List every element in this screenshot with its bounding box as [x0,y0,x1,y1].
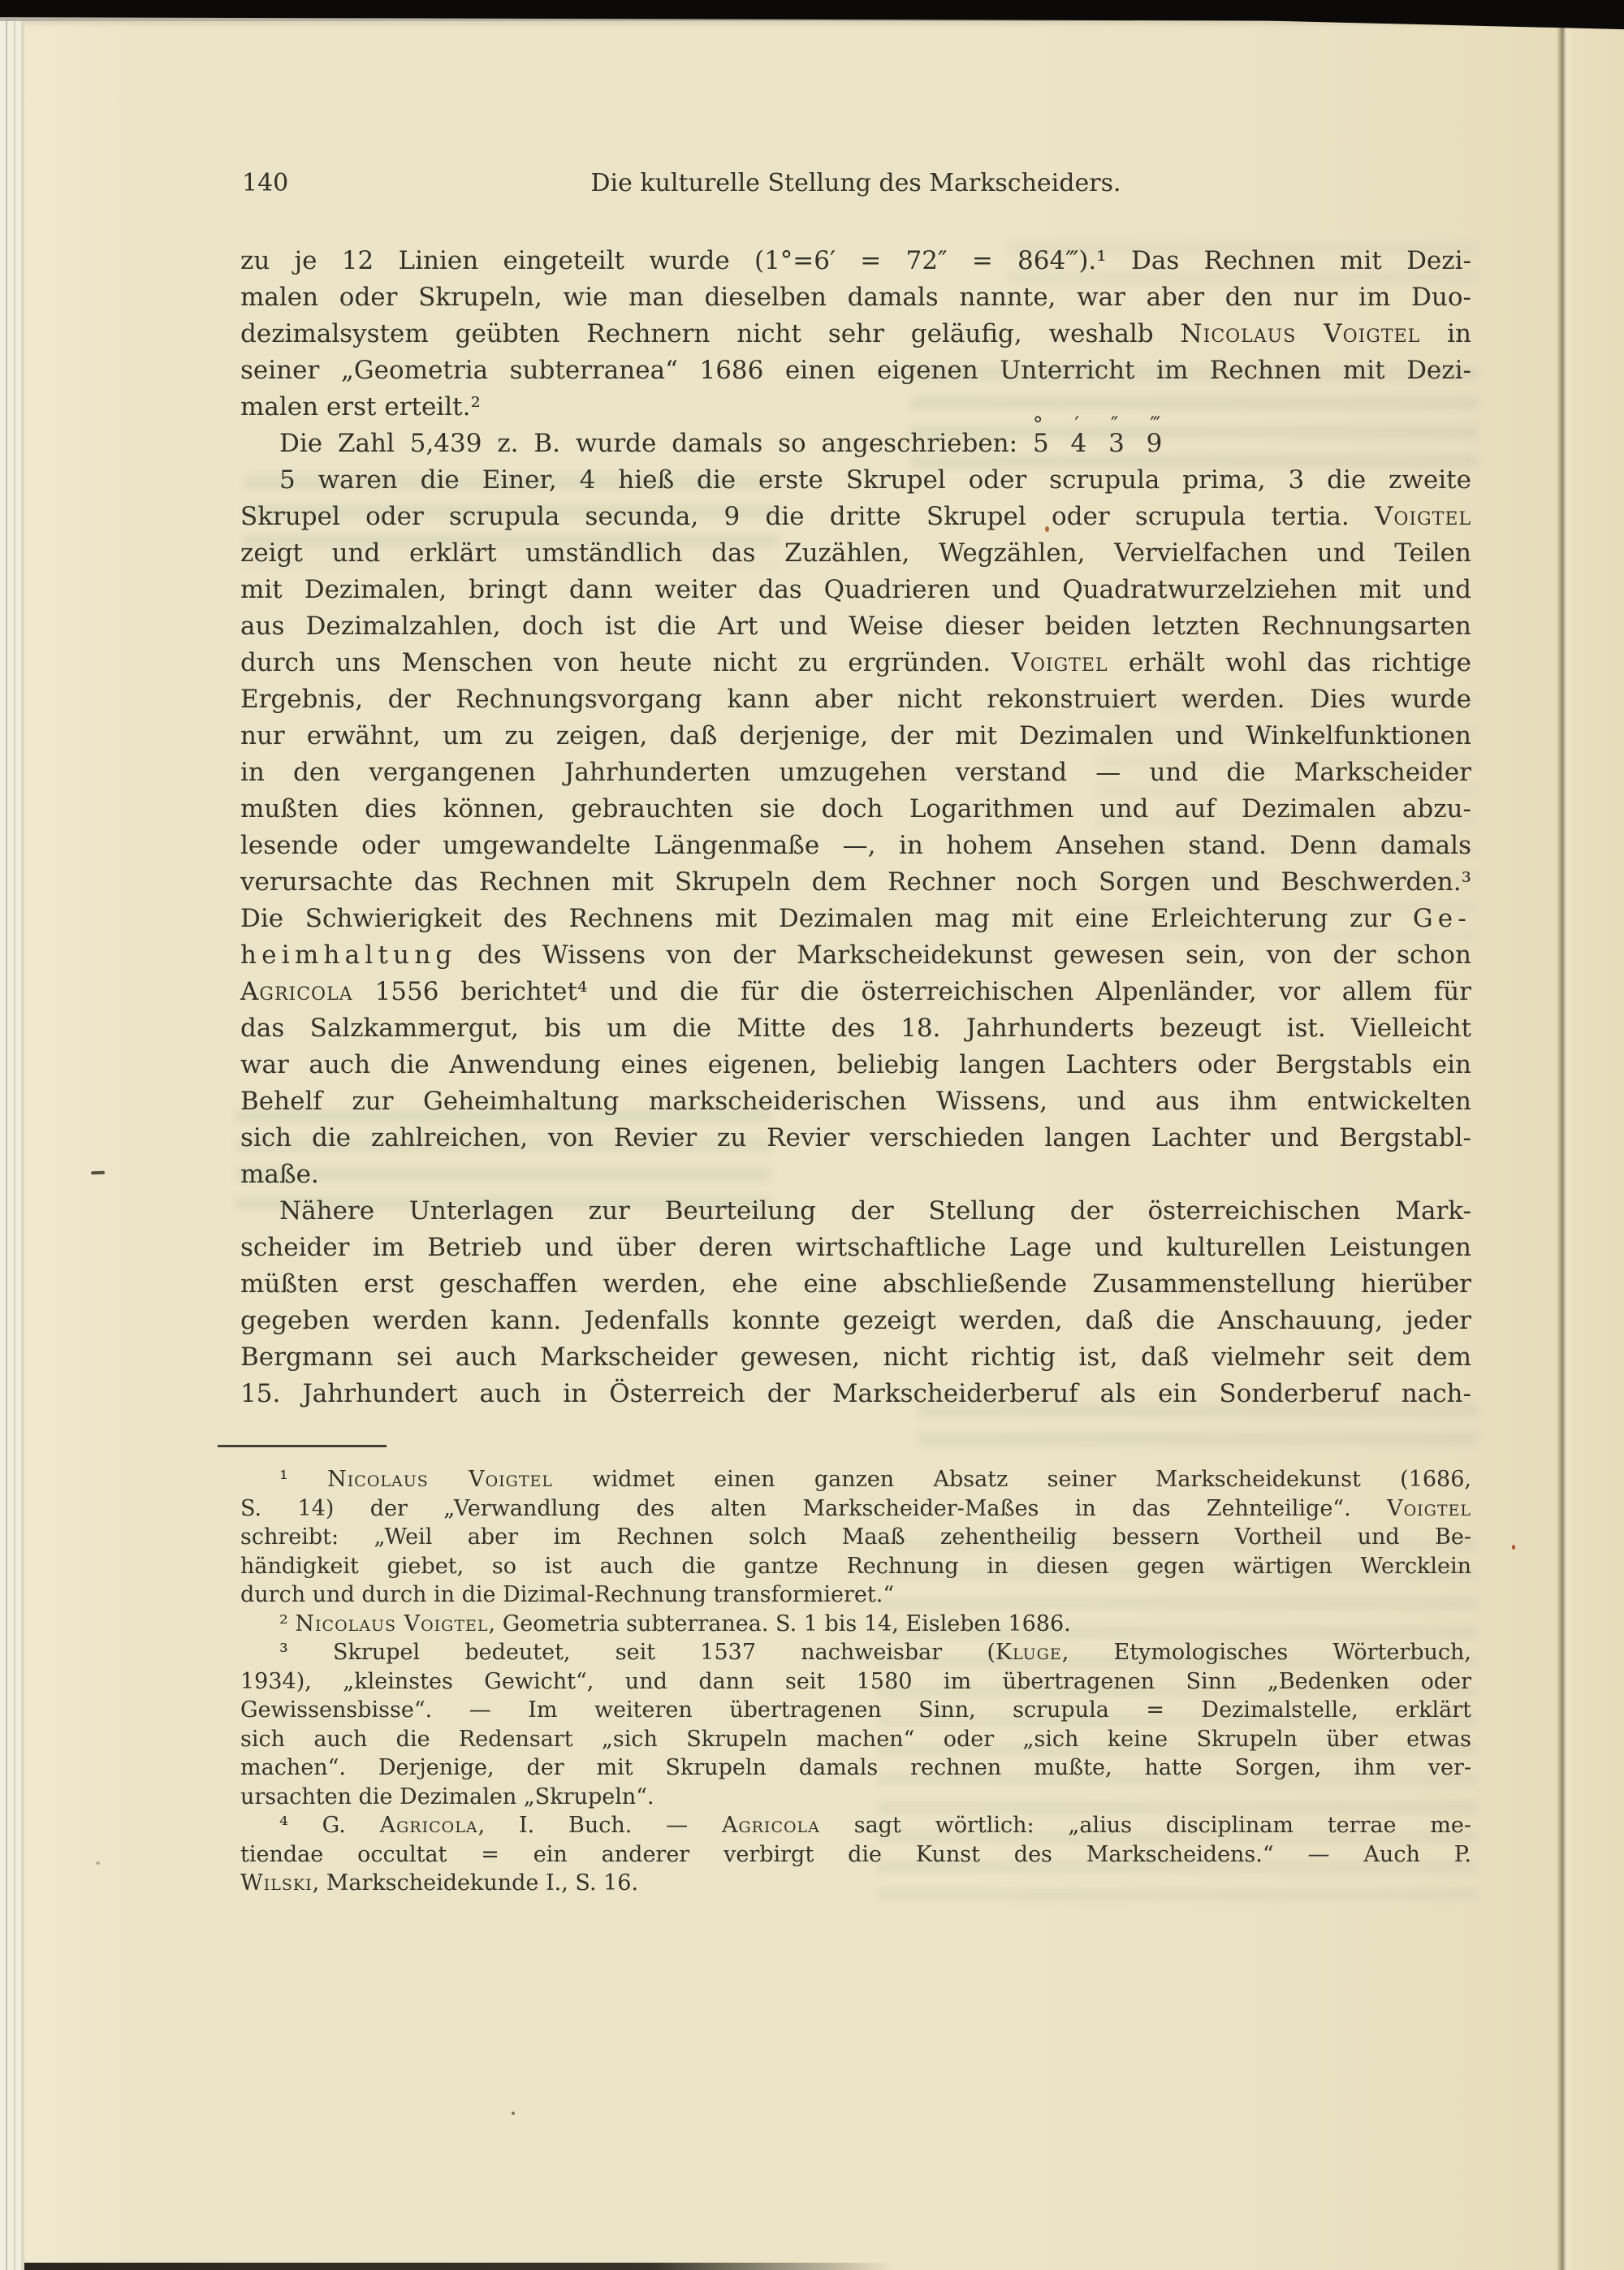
text-segment: tiendae occultat = ein anderer verbirgt … [240,1842,1471,1867]
text-line: mußten dies können, gebrauchten sie doch… [240,791,1471,828]
text-segment: Gewissensbisse“. — Im weiteren übertrage… [240,1697,1471,1723]
text-line: S. 14) der „Verwandlung des alten Marksc… [240,1494,1471,1524]
small-caps-name: Agricola [240,977,353,1006]
scanned-book-page: 140 Die kulturelle Stellung des Marksche… [0,0,1624,2270]
page-crease-line [1557,16,1566,2270]
text-segment: händigkeit giebet, so ist auch die gantz… [240,1554,1471,1579]
text-segment: dezimalsystem geübten Rechnern nicht seh… [240,319,1181,348]
text-segment: scheider im Betrieb und über deren wirts… [240,1233,1471,1262]
text-segment: in [1420,319,1471,348]
text-line: Skrupel oder scrupula secunda, 9 die dri… [240,499,1471,535]
letterspaced-emphasis: Ge- [1413,904,1471,933]
text-line: sich auch die Redensart „sich Skrupeln m… [240,1725,1471,1754]
text-segment: 5 waren die Einer, 4 hieß die erste Skru… [279,465,1471,495]
text-line: Agricola 1556 berichtet⁴ und die für die… [240,974,1471,1010]
text-segment: sagt wörtlich: „alius disciplinam terrae… [820,1813,1471,1838]
text-line: scheider im Betrieb und über deren wirts… [240,1230,1471,1266]
text-line: zu je 12 Linien eingeteilt wurde (1°=6′ … [240,243,1471,279]
running-title: Die kulturelle Stellung des Markscheider… [590,169,1121,197]
text-line: schreibt: „Weil aber im Rechnen solch Ma… [240,1523,1471,1552]
text-line: maße. [240,1157,1471,1193]
body-text: zu je 12 Linien eingeteilt wurde (1°=6′ … [240,243,1471,1412]
text-line: Ergebnis, der Rechnungsvorgang kann aber… [240,681,1471,718]
text-segment: des Wissens von der Markscheidekunst gew… [456,940,1471,970]
text-line: tiendae occultat = ein anderer verbirgt … [240,1840,1471,1870]
text-line: Die Zahl 5,439 z. B. wurde damals so ang… [240,426,1471,462]
text-line: 5 waren die Einer, 4 hieß die erste Skru… [240,462,1471,499]
page-content: 140 Die kulturelle Stellung des Marksche… [240,0,1471,2270]
small-caps-name: Agricola [722,1813,820,1838]
page-gutter-edge-strip [0,0,24,2270]
footnote-separator-rule [218,1445,387,1447]
text-segment: sich auch die Redensart „sich Skrupeln m… [240,1727,1471,1752]
small-caps-name: Wilski [240,1870,313,1896]
text-line: 15. Jahrhundert auch in Österreich der M… [240,1376,1471,1412]
text-segment: ³ Skrupel bedeutet, seit 1537 nachweisba… [279,1640,996,1665]
text-segment: schreibt: „Weil aber im Rechnen solch Ma… [240,1524,1471,1550]
text-line: Behelf zur Geheimhaltung markscheiderisc… [240,1083,1471,1120]
text-segment: ¹ [279,1467,327,1492]
page-edge-line [14,19,15,2270]
text-segment: ursachten die Dezimalen „Skrupeln“. [240,1784,654,1810]
text-line: heimhaltung des Wissens von der Marksche… [240,937,1471,974]
text-segment: machen“. Derjenige, der mit Skrupeln dam… [240,1755,1471,1780]
text-line: war auch die Anwendung eines eigenen, be… [240,1047,1471,1083]
text-segment: müßten erst geschaffen werden, ehe eine … [240,1269,1471,1299]
text-segment: , Markscheidekunde I., S. 16. [313,1870,638,1896]
text-segment: Nähere Unterlagen zur Beurteilung der St… [279,1196,1471,1226]
text-segment: erhält wohl das richtige [1108,648,1471,677]
text-segment: , Geometria subterranea. S. 1 bis 14, Ei… [489,1611,1071,1637]
text-segment: nur erwähnt, um zu zeigen, daß derjenige… [240,721,1471,750]
text-segment: Behelf zur Geheimhaltung markscheiderisc… [240,1087,1471,1116]
text-line: durch und durch in die Dizimal-Rechnung … [240,1580,1471,1610]
small-caps-name: Voigtel [1387,1496,1471,1521]
text-line: dezimalsystem geübten Rechnern nicht seh… [240,316,1471,352]
page-number: 140 [242,169,288,197]
text-segment: malen erst erteilt.² [240,392,481,422]
text-segment: ² [279,1611,295,1637]
text-segment: Skrupel oder scrupula secunda, 9 die dri… [240,502,1375,531]
text-line: malen oder Skrupeln, wie man dieselben d… [240,279,1471,316]
text-line: machen“. Derjenige, der mit Skrupeln dam… [240,1753,1471,1783]
text-line: Nähere Unterlagen zur Beurteilung der St… [240,1193,1471,1230]
text-segment: aus Dezimalzahlen, doch ist die Art und … [240,612,1471,641]
text-segment: 15. Jahrhundert auch in Österreich der M… [240,1379,1471,1408]
text-segment: maße. [240,1160,319,1189]
text-line: müßten erst geschaffen werden, ehe eine … [240,1266,1471,1303]
text-line: sich die zahlreichen, von Revier zu Revi… [240,1120,1471,1157]
text-segment: mit Dezimalen, bringt dann weiter das Qu… [240,575,1471,604]
small-caps-name: Kluge [996,1640,1062,1665]
small-caps-name: Nicolaus Voigtel [295,1611,488,1637]
small-caps-name: Agricola [380,1813,478,1838]
text-line: Bergmann sei auch Markscheider gewesen, … [240,1339,1471,1376]
text-segment: durch und durch in die Dizimal-Rechnung … [240,1582,894,1607]
text-segment: war auch die Anwendung eines eigenen, be… [240,1050,1471,1079]
prime-symbols: ° ′ ″ ‴ [1033,406,1168,443]
text-line: 1934), „kleinstes Gewicht“, und dann sei… [240,1667,1471,1697]
text-line: ¹ Nicolaus Voigtel widmet einen ganzen A… [240,1465,1471,1494]
duodecimal-number: ° ′ ″ ‴5 4 3 9 [1033,429,1165,458]
text-line: zeigt und erklärt umständlich das Zuzähl… [240,535,1471,572]
text-line: das Salzkammergut, bis um die Mitte des … [240,1010,1471,1047]
text-line: ³ Skrupel bedeutet, seit 1537 nachweisba… [240,1638,1471,1667]
text-line: verursachte das Rechnen mit Skrupeln dem… [240,864,1471,901]
text-segment: lesende oder umgewandelte Längenmaße —, … [240,831,1471,860]
text-segment: mußten dies können, gebrauchten sie doch… [240,794,1471,824]
text-line: Wilski, Markscheidekunde I., S. 16. [240,1869,1471,1898]
text-line: Die Schwierigkeit des Rechnens mit Dezim… [240,901,1471,937]
text-segment: ⁴ G. [279,1813,380,1838]
next-page-edge [1563,16,1624,2270]
text-segment: seiner „Geometria subterranea“ 1686 eine… [240,356,1471,385]
text-line: aus Dezimalzahlen, doch ist die Art und … [240,608,1471,645]
page-edge-line [6,19,7,2270]
text-line: lesende oder umgewandelte Längenmaße —, … [240,828,1471,864]
footnotes: ¹ Nicolaus Voigtel widmet einen ganzen A… [240,1465,1471,1898]
text-segment: Die Schwierigkeit des Rechnens mit Dezim… [240,904,1413,933]
text-segment: zeigt und erklärt umständlich das Zuzähl… [240,538,1471,568]
text-line: in den vergangenen Jahrhunderten umzugeh… [240,755,1471,791]
text-segment: 1934), „kleinstes Gewicht“, und dann sei… [240,1669,1471,1694]
letterspaced-emphasis: heimhaltung [240,940,456,970]
text-segment: gegeben werden kann. Jedenfalls konnte g… [240,1306,1471,1335]
small-caps-name: Voigtel [1011,648,1108,677]
text-line: nur erwähnt, um zu zeigen, daß derjenige… [240,718,1471,755]
text-line: ⁴ G. Agricola, I. Buch. — Agricola sagt … [240,1811,1471,1840]
text-segment: Bergmann sei auch Markscheider gewesen, … [240,1343,1471,1372]
text-segment: 1556 berichtet⁴ und die für die österrei… [353,977,1471,1006]
small-caps-name: Voigtel [1375,502,1471,531]
text-segment: durch uns Menschen von heute nicht zu er… [240,648,1011,677]
text-segment: malen oder Skrupeln, wie man dieselben d… [240,283,1471,312]
text-line: mit Dezimalen, bringt dann weiter das Qu… [240,572,1471,608]
small-caps-name: Nicolaus Voigtel [1181,319,1421,348]
text-segment: S. 14) der „Verwandlung des alten Marksc… [240,1496,1387,1521]
text-line: malen erst erteilt.² [240,389,1471,426]
text-line: ursachten die Dezimalen „Skrupeln“. [240,1783,1471,1812]
small-caps-name: Nicolaus Voigtel [327,1467,553,1492]
text-segment: verursachte das Rechnen mit Skrupeln dem… [240,867,1471,897]
running-header: 140 Die kulturelle Stellung des Marksche… [240,169,1471,203]
text-line: ² Nicolaus Voigtel, Geometria subterrane… [240,1610,1471,1639]
text-segment: widmet einen ganzen Absatz seiner Marksc… [553,1467,1471,1492]
text-segment: , I. Buch. — [478,1813,722,1838]
text-segment: zu je 12 Linien eingeteilt wurde (1°=6′ … [240,246,1471,275]
text-line: gegeben werden kann. Jedenfalls konnte g… [240,1303,1471,1339]
text-segment: Die Zahl 5,439 z. B. wurde damals so ang… [279,429,1033,458]
text-line: seiner „Geometria subterranea“ 1686 eine… [240,352,1471,389]
text-segment: Ergebnis, der Rechnungsvorgang kann aber… [240,685,1471,714]
text-segment: in den vergangenen Jahrhunderten umzugeh… [240,758,1471,787]
text-segment: , Etymologisches Wörterbuch, [1062,1640,1471,1665]
text-segment: sich die zahlreichen, von Revier zu Revi… [240,1123,1471,1152]
text-line: Gewissensbisse“. — Im weiteren übertrage… [240,1696,1471,1725]
text-line: durch uns Menschen von heute nicht zu er… [240,645,1471,681]
text-segment: das Salzkammergut, bis um die Mitte des … [240,1014,1471,1043]
text-line: händigkeit giebet, so ist auch die gantz… [240,1552,1471,1581]
